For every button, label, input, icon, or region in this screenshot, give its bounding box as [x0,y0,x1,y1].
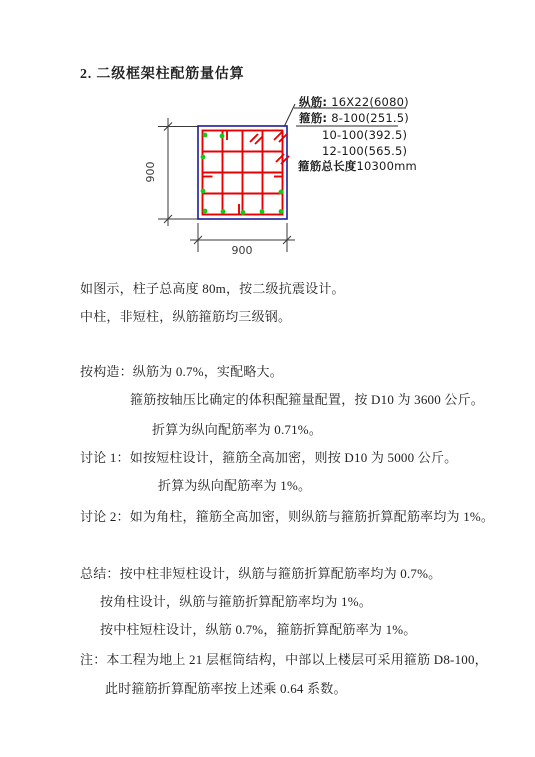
annotation-longitudinal-label: 纵筋: [299,95,327,109]
dimension-left [158,118,200,226]
annotation-longitudinal: 纵筋:16X22(6080) [299,96,409,109]
annotation-stirrup-1: 箍筋:8-100(251.5) [299,112,409,125]
body-line-summary-3: 按中柱短柱设计，纵筋 0.7%，箍筋折算配筋率为 1%。 [100,622,417,638]
body-line-summary-1: 总结：按中柱非短柱设计，纵筋与箍筋折算配筋率均为 0.7%。 [80,566,441,582]
body-line-note-1: 注：本工程为地上 21 层框筒结构，中部以上楼层可采用箍筋 D8-100， [80,652,488,668]
annotation-stirrup-3: 12-100(565.5) [322,145,407,158]
dim-left-label: 900 [144,162,157,183]
body-line-column-type: 中柱，非短柱，纵筋箍筋均三级钢。 [80,309,291,325]
body-line-converted-ratio-2: 折算为纵向配筋率为 1%。 [158,478,311,494]
body-line-figure-note: 如图示，柱子总高度 80m，按二级抗震设计。 [80,281,345,297]
document-page: 2. 二级框架柱配筋量估算 900 900 [0,0,535,757]
annotation-stirrup-value-1: 8-100(251.5) [331,111,409,125]
body-line-summary-2: 按角柱设计，纵筋与箍筋折算配筋率均为 1%。 [100,594,372,610]
body-line-note-2: 此时箍筋折算配筋率按上述乘 0.64 系数。 [105,681,347,697]
annotation-stirrup-label: 箍筋: [299,111,327,125]
annotation-longitudinal-value: 16X22(6080) [331,95,409,109]
annotation-stirrup-value-2: 10-100(392.5) [322,128,407,142]
body-line-discussion-1: 讨论 1：如按短柱设计，箍筋全高加密，则按 D10 为 5000 公斤。 [80,450,457,466]
body-line-stirrup-config: 箍筋按轴压比确定的体积配箍量配置，按 D10 为 3600 公斤。 [130,392,484,408]
dim-bottom-label: 900 [232,244,253,257]
annotation-stirrup-total: 箍筋总长度10300mm [298,160,417,173]
annotation-stirrup-total-value: 10300mm [357,159,417,173]
body-line-converted-ratio-1: 折算为纵向配筋率为 0.71%。 [152,422,322,438]
body-line-discussion-2: 讨论 2：如为角柱，箍筋全高加密，则纵筋与箍筋折算配筋率均为 1%。 [80,509,494,525]
body-line-construction: 按构造：纵筋为 0.7%，实配略大。 [80,364,283,380]
annotation-stirrup-total-label: 箍筋总长度 [298,159,357,173]
annotation-stirrup-2: 10-100(392.5) [322,129,407,142]
annotation-stirrup-value-3: 12-100(565.5) [322,144,407,158]
